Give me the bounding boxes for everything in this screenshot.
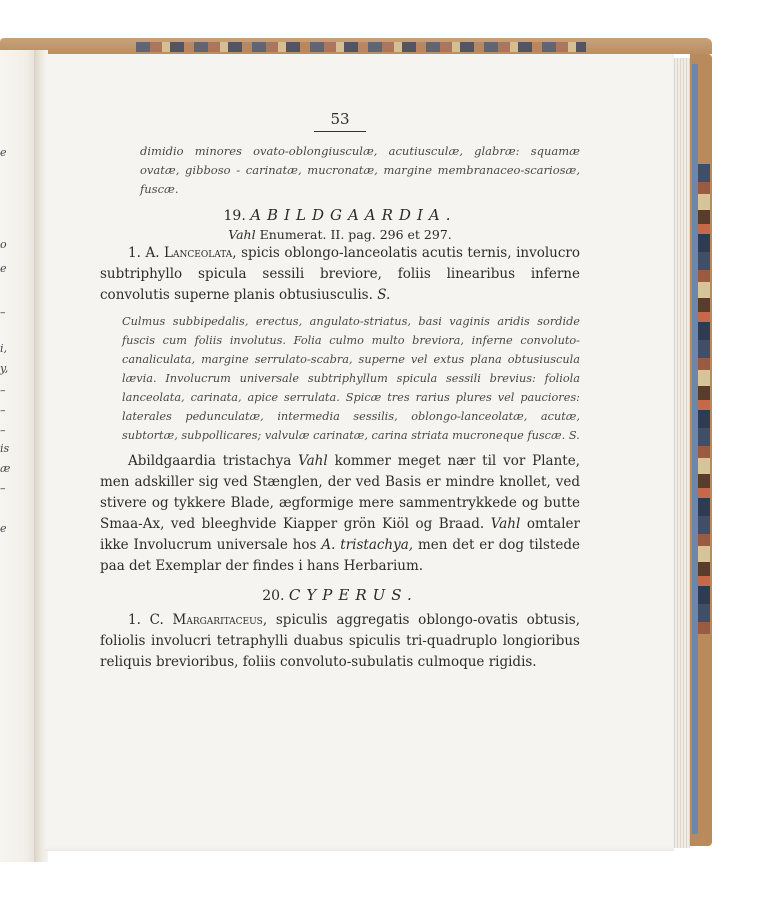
book-cover-top-edge — [0, 38, 712, 54]
continuation-text: dimidio minores ovato-oblongiusculæ, acu… — [140, 142, 580, 199]
left-page-text-fragment: – — [0, 424, 6, 437]
page-content: 53 dimidio minores ovato-oblongiusculæ, … — [100, 110, 580, 673]
genus-heading-cyperus: 20. CYPERUS. — [100, 585, 580, 606]
left-page-text-fragment: æ — [0, 462, 10, 475]
left-page-text-fragment: y, — [0, 362, 8, 375]
comparison-note: Abildgaardia tristachya Vahl kommer mege… — [100, 451, 580, 577]
genus-reference: Vahl Enumerat. II. pag. 296 et 297. — [100, 226, 580, 243]
left-page-text-fragment: e — [0, 262, 7, 275]
left-page-text-fragment: e — [0, 522, 7, 535]
genus-heading-abildgaardia: 19. ABILDGAARDIA. — [100, 205, 580, 226]
marbled-board — [136, 42, 586, 52]
left-page-text-fragment: e — [0, 146, 7, 159]
left-page-text-fragment: – — [0, 482, 6, 495]
left-page-text-fragment: – — [0, 306, 6, 319]
left-page-text-fragment: o — [0, 238, 7, 251]
left-page-text-fragment: i, — [0, 342, 7, 355]
left-page: e o e – i, y, – – – is æ – e — [0, 50, 36, 862]
page-stack-edge — [672, 58, 690, 848]
marbled-board — [698, 164, 710, 634]
species-diagnosis-margaritaceus: 1. C. Margaritaceus, spiculis aggregatis… — [100, 610, 580, 673]
left-page-text-fragment: is — [0, 442, 9, 455]
left-page-text-fragment: – — [0, 404, 6, 417]
species-description: Culmus subbipedalis, erectus, angulato-s… — [122, 312, 580, 445]
left-page-text-fragment: – — [0, 384, 6, 397]
species-diagnosis-lanceolata: 1. A. Lanceolata, spicis oblongo-lanceol… — [100, 243, 580, 306]
right-page: 53 dimidio minores ovato-oblongiusculæ, … — [44, 54, 674, 851]
book-cover-right — [690, 54, 712, 846]
page-number: 53 — [100, 110, 580, 132]
